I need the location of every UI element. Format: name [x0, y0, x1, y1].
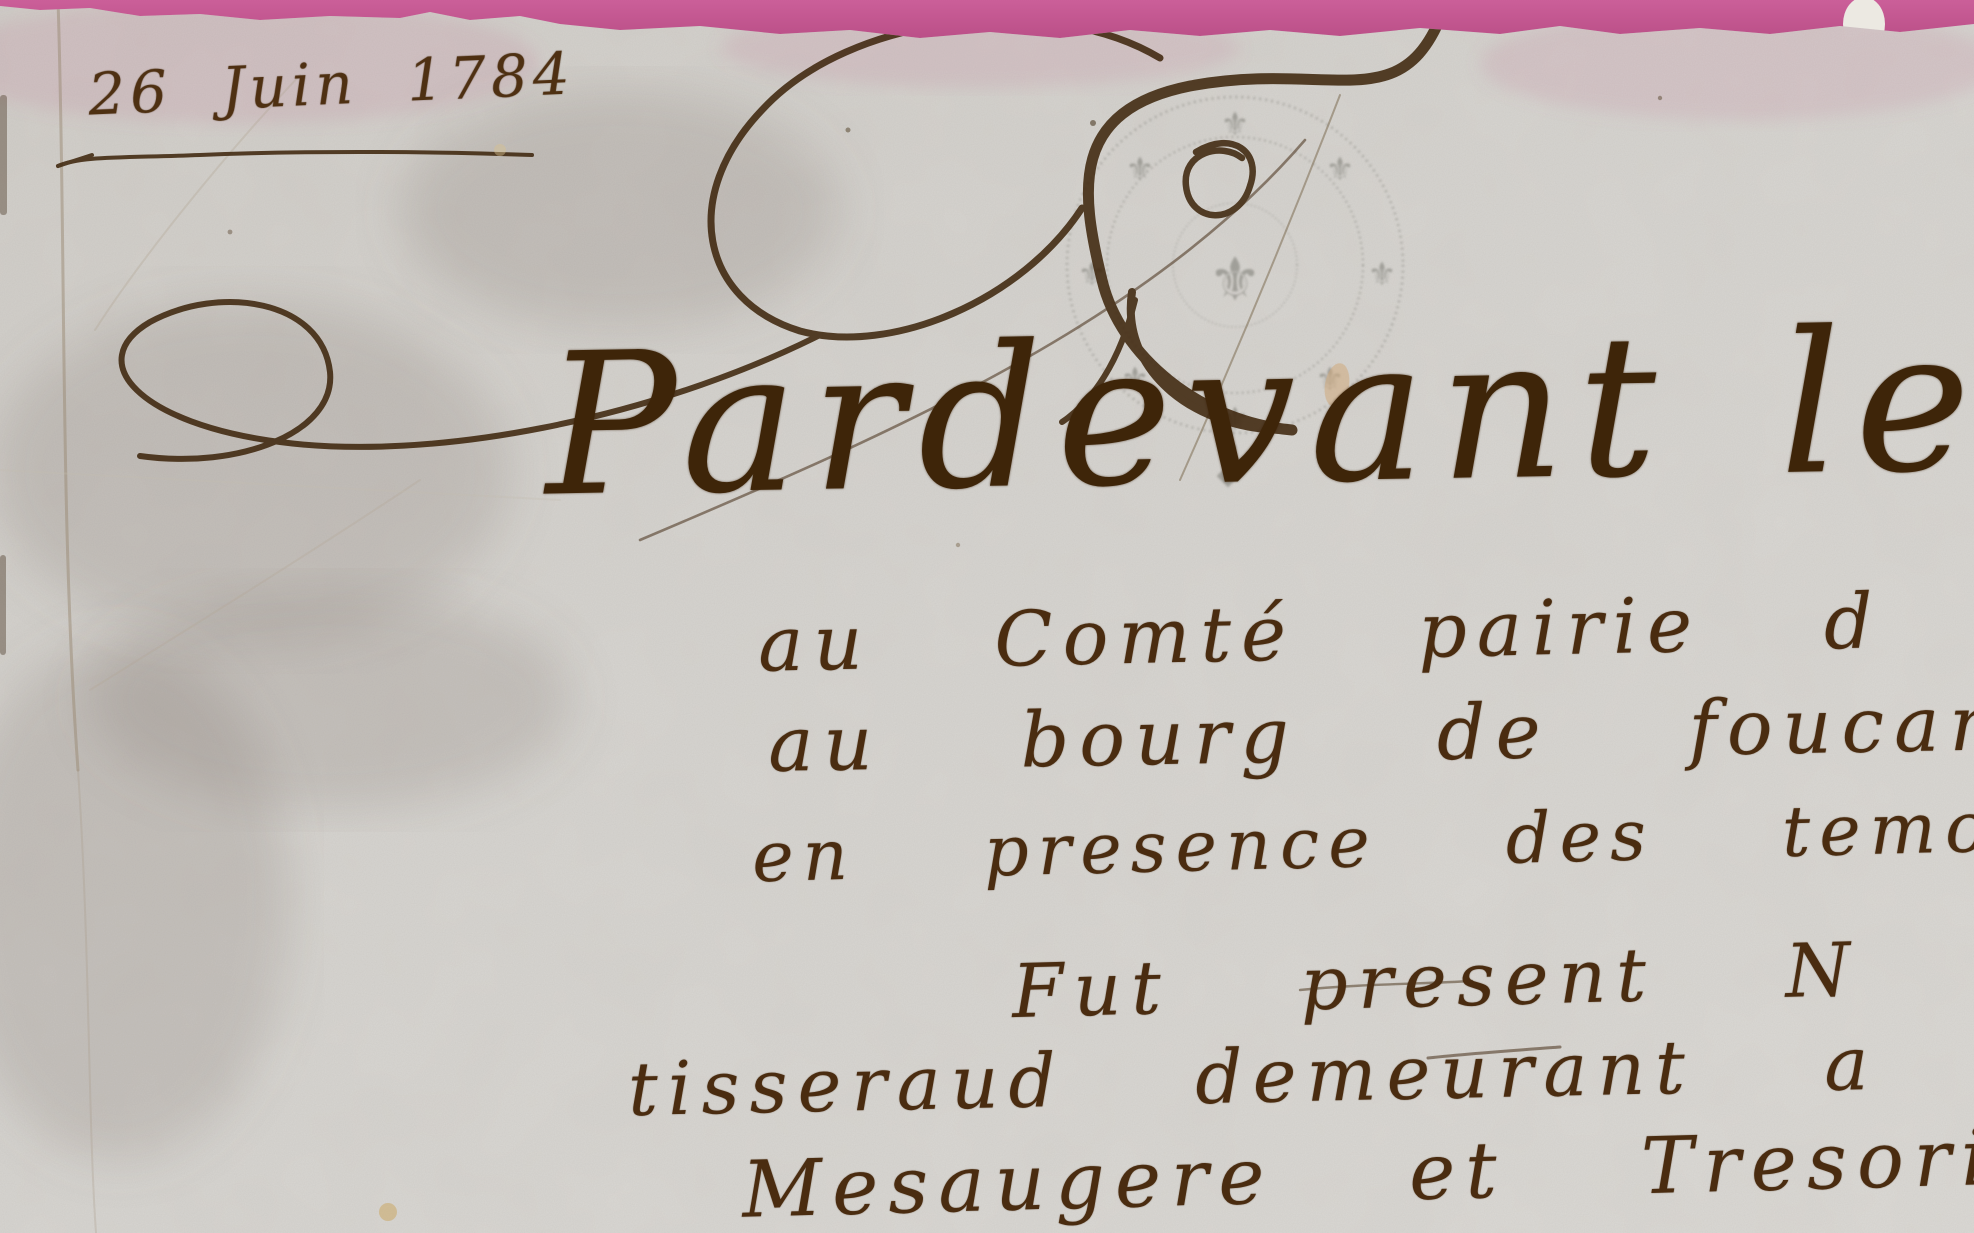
fleur-de-lis-icon: ⚜	[1368, 255, 1397, 293]
fleur-de-lis-icon: ⚜	[1326, 150, 1355, 188]
fleur-de-lis-icon: ⚜	[1126, 150, 1155, 188]
manuscript-photo: ⚜ ⚜ ⚜ ⚜ ⚜ ⚜ ⚜ ⚜ ⚜	[0, 0, 1974, 1233]
heading-pardevant: Pardevant le	[543, 287, 1974, 540]
fleur-de-lis-icon: ⚜	[1221, 105, 1250, 143]
